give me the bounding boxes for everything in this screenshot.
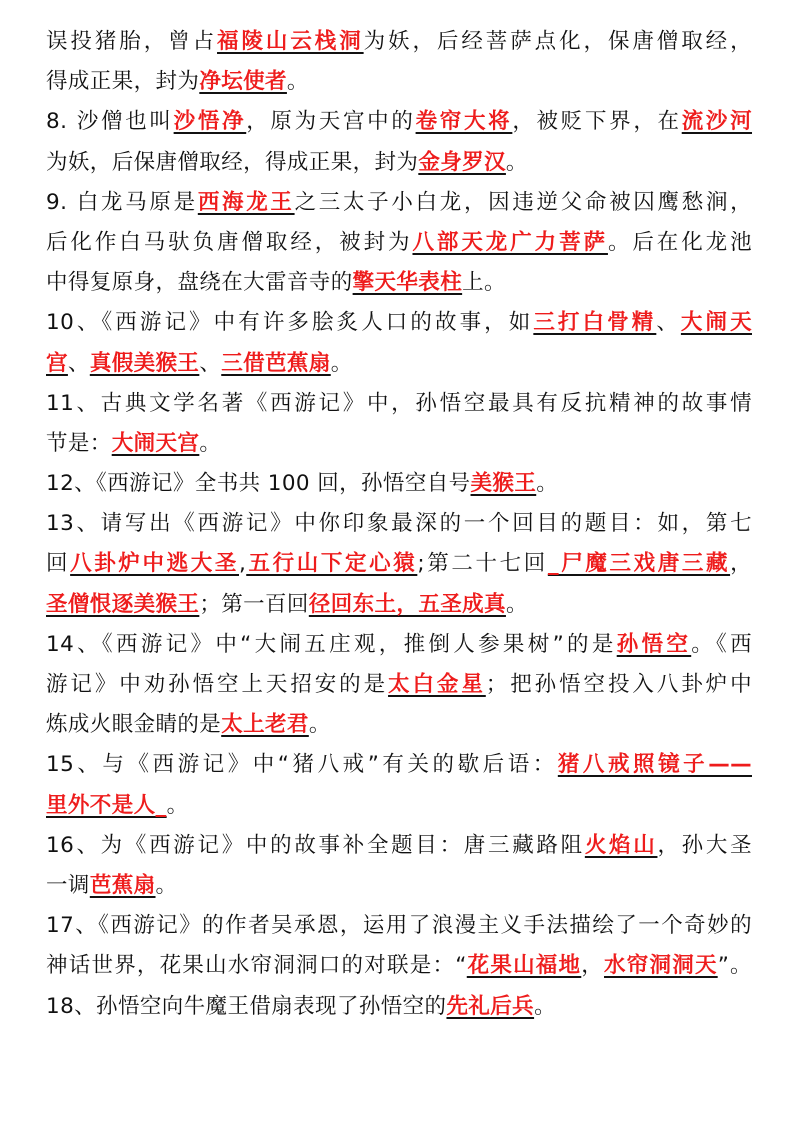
body-text: ， bbox=[730, 551, 752, 576]
body-text: 。 bbox=[199, 431, 221, 456]
body-text: 为妖，后经菩萨点化，保唐僧取经， bbox=[364, 29, 752, 54]
text-line: 炼成火眼金睛的是太上老君。 bbox=[46, 705, 752, 745]
text-line: 误投猪胎，曾占福陵山云栈洞为妖，后经菩萨点化，保唐僧取经， bbox=[46, 22, 752, 62]
body-text: ；把孙悟空投入八卦炉中 bbox=[486, 672, 752, 697]
text-line: 游记》中劝孙悟空上天招安的是太白金星；把孙悟空投入八卦炉中 bbox=[46, 665, 752, 705]
text-line: 神话世界，花果山水帘洞洞口的对联是：“花果山福地，水帘洞洞天”。 bbox=[46, 946, 752, 986]
answer-text: 八卦炉中逃大圣 bbox=[70, 551, 239, 576]
answer-text: 净坛使者 bbox=[199, 69, 287, 94]
answer-text: 五行山下定心猿 bbox=[246, 551, 417, 576]
body-text: 。 bbox=[506, 592, 528, 617]
text-line: 宫、真假美猴王、三借芭蕉扇。 bbox=[46, 344, 752, 384]
body-text: 17、《西游记》的作者吴承恩，运用了浪漫主义手法描绘了一个奇妙的 bbox=[46, 913, 752, 938]
answer-text: 花果山福地 bbox=[467, 953, 582, 978]
answer-text: 宫 bbox=[46, 351, 68, 376]
body-text: 节是： bbox=[46, 431, 112, 456]
text-line: 节是：大闹天宫。 bbox=[46, 424, 752, 464]
answer-text: 擎天华表柱 bbox=[353, 270, 463, 295]
body-text: 12、《西游记》全书共 100 回，孙悟空自号 bbox=[46, 471, 471, 496]
answer-text: 圣僧恨逐美猴王 bbox=[46, 592, 199, 617]
answer-text: 先礼后兵 bbox=[446, 994, 534, 1019]
text-line: 11、古典文学名著《西游记》中，孙悟空最具有反抗精神的故事情 bbox=[46, 384, 752, 424]
text-line: 回八卦炉中逃大圣,五行山下定心猿;第二十七回_尸魔三戏唐三藏， bbox=[46, 544, 752, 584]
body-text: 炼成火眼金睛的是 bbox=[46, 712, 221, 737]
body-text: 得成正果，封为 bbox=[46, 69, 199, 94]
text-line: 一调芭蕉扇。 bbox=[46, 866, 752, 906]
body-text: 误投猪胎，曾占 bbox=[46, 29, 217, 54]
body-text: 。 bbox=[287, 69, 309, 94]
answer-text: 三打白骨精 bbox=[533, 310, 656, 335]
answer-text: 美猴王 bbox=[471, 471, 537, 496]
body-text: 18、孙悟空向牛魔王借扇表现了孙悟空的 bbox=[46, 994, 446, 1019]
answer-text: 太上老君 bbox=[221, 712, 309, 737]
text-line: 14、《西游记》中“大闹五庄观，推倒人参果树”的是孙悟空。《西 bbox=[46, 625, 752, 665]
body-text: 8. 沙僧也叫 bbox=[46, 109, 174, 134]
body-text: 14、《西游记》中“大闹五庄观，推倒人参果树”的是 bbox=[46, 632, 617, 657]
body-text: 11、古典文学名著《西游记》中，孙悟空最具有反抗精神的故事情 bbox=[46, 391, 752, 416]
text-line: 18、孙悟空向牛魔王借扇表现了孙悟空的先礼后兵。 bbox=[46, 987, 752, 1027]
answer-text: 径回东土，五圣成真 bbox=[309, 592, 506, 617]
document-page: 误投猪胎，曾占福陵山云栈洞为妖，后经菩萨点化，保唐僧取经，得成正果，封为净坛使者… bbox=[46, 22, 752, 1027]
text-line: 16、为《西游记》中的故事补全题目：唐三藏路阻火焰山，孙大圣 bbox=[46, 826, 752, 866]
body-text: ，原为天宫中的 bbox=[246, 109, 415, 134]
body-text: 10、《西游记》中有许多脍炙人口的故事，如 bbox=[46, 310, 533, 335]
body-text: 。 bbox=[331, 351, 353, 376]
body-text: 回 bbox=[46, 551, 70, 576]
body-text: 。 bbox=[167, 793, 189, 818]
text-line: 得成正果，封为净坛使者。 bbox=[46, 62, 752, 102]
answer-text: 三借芭蕉扇 bbox=[221, 351, 331, 376]
body-text: 中得复原身，盘绕在大雷音寺的 bbox=[46, 270, 353, 295]
body-text: 13、请写出《西游记》中你印象最深的一个回目的题目：如，第七 bbox=[46, 511, 752, 536]
answer-text: 大闹天 bbox=[681, 310, 752, 335]
body-text: 游记》中劝孙悟空上天招安的是 bbox=[46, 672, 388, 697]
text-line: 12、《西游记》全书共 100 回，孙悟空自号美猴王。 bbox=[46, 464, 752, 504]
answer-text: 流沙河 bbox=[682, 109, 752, 134]
text-line: 15、与《西游记》中“猪八戒”有关的歇后语：猪八戒照镜子—— bbox=[46, 745, 752, 785]
answer-text: 卷帘大将 bbox=[416, 109, 513, 134]
body-text: 。 bbox=[506, 150, 528, 175]
answer-text: 火焰山 bbox=[585, 833, 658, 858]
answer-text: 福陵山云栈洞 bbox=[217, 29, 364, 54]
answer-text: 金身罗汉 bbox=[418, 150, 506, 175]
answer-text: 太白金星 bbox=[388, 672, 486, 697]
body-text: ;第二十七回 bbox=[417, 551, 548, 576]
body-text: 。《西 bbox=[691, 632, 752, 657]
body-text: 、 bbox=[656, 310, 681, 335]
body-text: 15、与《西游记》中“猪八戒”有关的歇后语： bbox=[46, 752, 558, 777]
body-text: 为妖，后保唐僧取经，得成正果，封为 bbox=[46, 150, 418, 175]
answer-text: _尸魔三戏唐三藏 bbox=[548, 551, 730, 576]
body-text: 。 bbox=[309, 712, 331, 737]
body-text: 。 bbox=[156, 873, 178, 898]
body-text: 。后在化龙池 bbox=[608, 230, 752, 255]
answer-text: 里外不是人_ bbox=[46, 793, 167, 818]
text-line: 10、《西游记》中有许多脍炙人口的故事，如三打白骨精、大闹天 bbox=[46, 303, 752, 343]
answer-text: 水帘洞洞天 bbox=[604, 953, 718, 978]
answer-text: 真假美猴王 bbox=[90, 351, 200, 376]
body-text: 之三太子小白龙，因违逆父命被囚鹰愁涧， bbox=[295, 190, 752, 215]
text-line: 13、请写出《西游记》中你印象最深的一个回目的题目：如，第七 bbox=[46, 504, 752, 544]
text-line: 圣僧恨逐美猴王；第一百回径回东土，五圣成真。 bbox=[46, 585, 752, 625]
body-text: 9. 白龙马原是 bbox=[46, 190, 198, 215]
answer-text: 孙悟空 bbox=[617, 632, 692, 657]
body-text: 、 bbox=[68, 351, 90, 376]
answer-text: 猪八戒照镜子—— bbox=[558, 752, 752, 777]
text-line: 为妖，后保唐僧取经，得成正果，封为金身罗汉。 bbox=[46, 143, 752, 183]
body-text: 神话世界，花果山水帘洞洞口的对联是：“ bbox=[46, 953, 467, 978]
body-text: ，被贬下界，在 bbox=[512, 109, 681, 134]
answer-text: 八部天龙广力菩萨 bbox=[412, 230, 607, 255]
body-text: 。 bbox=[536, 471, 558, 496]
body-text: 一调 bbox=[46, 873, 90, 898]
answer-text: 大闹天宫 bbox=[112, 431, 200, 456]
body-text: 、 bbox=[199, 351, 221, 376]
answer-text: 沙悟净 bbox=[174, 109, 247, 134]
text-line: 中得复原身，盘绕在大雷音寺的擎天华表柱上。 bbox=[46, 263, 752, 303]
body-text: ；第一百回 bbox=[199, 592, 309, 617]
answer-text: 西海龙王 bbox=[198, 190, 295, 215]
text-line: 8. 沙僧也叫沙悟净，原为天宫中的卷帘大将，被贬下界，在流沙河 bbox=[46, 102, 752, 142]
body-text: ， bbox=[581, 953, 604, 978]
text-line: 17、《西游记》的作者吴承恩，运用了浪漫主义手法描绘了一个奇妙的 bbox=[46, 906, 752, 946]
body-text: ，孙大圣 bbox=[657, 833, 752, 858]
text-line: 里外不是人_。 bbox=[46, 786, 752, 826]
text-line: 后化作白马驮负唐僧取经，被封为八部天龙广力菩萨。后在化龙池 bbox=[46, 223, 752, 263]
body-text: ”。 bbox=[718, 953, 752, 978]
body-text: 。 bbox=[534, 994, 556, 1019]
body-text: 16、为《西游记》中的故事补全题目：唐三藏路阻 bbox=[46, 833, 585, 858]
answer-text: 芭蕉扇 bbox=[90, 873, 156, 898]
body-text: 后化作白马驮负唐僧取经，被封为 bbox=[46, 230, 412, 255]
body-text: 上。 bbox=[462, 270, 506, 295]
text-line: 9. 白龙马原是西海龙王之三太子小白龙，因违逆父命被囚鹰愁涧， bbox=[46, 183, 752, 223]
